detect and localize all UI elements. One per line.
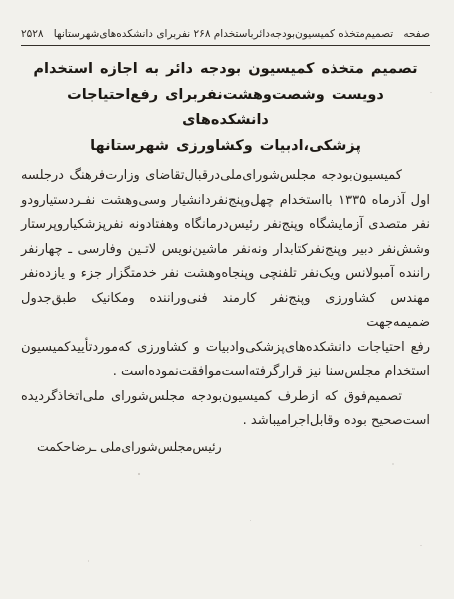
body-line: استخدام مجلس‌سنا نیز قرارگرفته‌است‌موافق… bbox=[21, 360, 430, 385]
scan-speck bbox=[296, 427, 298, 428]
scan-speck bbox=[392, 463, 394, 465]
body-line: مهندس کشاورزی وپنج‌نفر کارمند فنی‌ورانند… bbox=[21, 287, 430, 336]
decision-title-line: تصمیم متخذه کمیسیون بودجه دائر به اجازه … bbox=[21, 57, 430, 83]
scan-speck bbox=[138, 473, 140, 475]
header-running-title: تصمیم‌متخذه کمیسیون‌بودجه‌دائرباستخدام ۲… bbox=[52, 28, 396, 40]
signature-line: رئیس‌مجلس‌شورای‌ملی ـرضاحکمت bbox=[21, 435, 430, 460]
body-line: وشش‌نفر دبیر وپنج‌نفرکتابدار ونه‌نفر ماش… bbox=[21, 238, 430, 263]
scan-speck bbox=[88, 560, 89, 562]
scan-speck bbox=[420, 545, 422, 546]
body-line: رفع احتیاجات دانشکده‌های‌پزشکی‌وادبیات و… bbox=[21, 336, 430, 361]
body-line: اول آذرماه ۱۳۳۵ بااستخدام چهل‌وپنج‌نفردا… bbox=[21, 189, 430, 214]
decision-title: تصمیم متخذه کمیسیون بودجه دائر به اجازه … bbox=[21, 57, 430, 159]
body-line: کمیسیون‌بودجه مجلس‌شورای‌ملی‌درقبال‌تقاض… bbox=[21, 164, 430, 189]
body-line: راننده آمبولانس ویک‌نفر تلفنچی وپنجاه‌وه… bbox=[21, 262, 430, 287]
header-page-number: ۲۵۲۸ bbox=[21, 28, 44, 40]
body-line: نفر متصدی آزمایشگاه وپنج‌نفر رئیس‌درمانگ… bbox=[21, 213, 430, 238]
body-paragraph-2: تصمیم‌فوق که ازطرف کمیسیون‌بودجه مجلس‌شو… bbox=[21, 385, 430, 434]
body-line: تصمیم‌فوق که ازطرف کمیسیون‌بودجه مجلس‌شو… bbox=[21, 385, 430, 410]
body-paragraph-1: کمیسیون‌بودجه مجلس‌شورای‌ملی‌درقبال‌تقاض… bbox=[21, 164, 430, 385]
scan-speck bbox=[345, 390, 346, 391]
decision-body: کمیسیون‌بودجه مجلس‌شورای‌ملی‌درقبال‌تقاض… bbox=[21, 164, 430, 459]
decision-title-line: دویست وشصت‌وهشت‌نفربرای رفع‌احتیاجات دان… bbox=[21, 83, 430, 134]
scan-speck bbox=[250, 520, 251, 521]
body-line: است‌صحیح بوده وقابل‌اجرامیباشد . bbox=[21, 409, 430, 434]
scan-speck bbox=[430, 92, 432, 93]
document-page: صفحه تصمیم‌متخذه کمیسیون‌بودجه‌دائرباستخ… bbox=[0, 0, 454, 599]
decision-title-line: پزشکی،ادبیات وکشاورزی شهرستانها bbox=[21, 134, 430, 160]
header-page-label: صفحه bbox=[403, 28, 430, 40]
page-header: صفحه تصمیم‌متخذه کمیسیون‌بودجه‌دائرباستخ… bbox=[21, 28, 430, 46]
